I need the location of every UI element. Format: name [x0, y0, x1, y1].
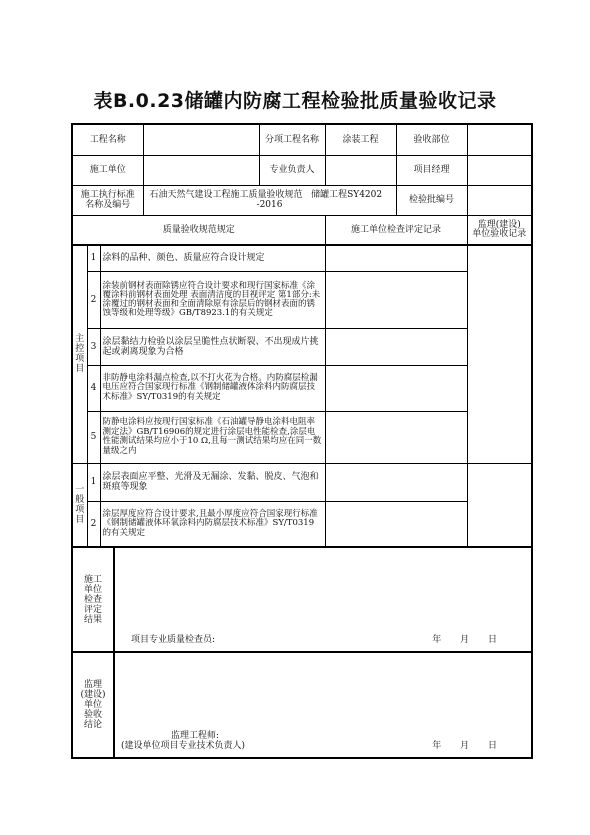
general-item-row: 2 涂层厚度应符合设计要求,且最小厚度应符合国家现行标准《钢制储罐液体环氧涂料内… [72, 501, 532, 547]
project-name-field[interactable] [143, 124, 259, 155]
item-requirement: 涂装前钢材表面除锈应符合设计要求和现行国家标准《涂覆涂料前钢材表面处理 表面清洁… [100, 271, 325, 328]
item-number: 2 [87, 501, 100, 547]
main-item-row: 3 涂层黏结力检验以涂层呈脆性点状断裂、不出现成片挑起或剥离现象为合格 [72, 328, 532, 365]
item-number: 1 [87, 245, 100, 271]
subitem-name-label: 分项工程名称 [259, 124, 325, 155]
contractor-record-column-header: 施工单位检查评定记录 [325, 215, 467, 245]
standard-label: 施工执行标准 名称及编号 [72, 185, 143, 215]
quality-inspector-label: 项目专业质量检查员: [131, 635, 215, 645]
supervising-engineer-label: 监理工程师: (建设单位项目专业技术负责人) [121, 731, 245, 751]
supervisor-conclusion-field[interactable]: 监理工程师: (建设单位项目专业技术负责人) 年 月 日 [114, 652, 532, 758]
main-item-row: 5 防静电涂料应按现行国家标准《石油罐导静电涂料电阻率测定法》GB/T16906… [72, 411, 532, 463]
subitem-name-field[interactable]: 涂装工程 [325, 124, 396, 155]
contractor-label: 施工单位 [72, 155, 143, 185]
item-requirement: 涂层厚度应符合设计要求,且最小厚度应符合国家现行标准《钢制储罐液体环氧涂料内防腐… [100, 501, 325, 547]
supervisor-record-column-header: 监理(建设) 单位验收记录 [467, 215, 532, 245]
standard-value-line2: -2016 [146, 200, 394, 210]
standard-field[interactable]: 石油天然气建设工程施工质量验收规范 储罐工程SY4202 -2016 [143, 185, 396, 215]
specialist-field[interactable] [325, 155, 396, 185]
batch-no-field[interactable] [467, 185, 532, 215]
item-requirement: 涂料的品种、颜色、质量应符合设计规定 [100, 245, 325, 271]
main-item-row: 主控项目 1 涂料的品种、颜色、质量应符合设计规定 [72, 245, 532, 271]
supervisor-record-header-line2: 单位验收记录 [470, 230, 530, 239]
supervisor-record-main-cell[interactable] [467, 245, 532, 463]
contractor-conclusion-label: 施工单位检查评定结果 [72, 547, 114, 652]
general-item-row: 一般项目 1 涂层表面应平整、光滑及无漏涂、发黏、脱皮、气泡和斑痕等现象 [72, 463, 532, 501]
general-results-grid [325, 501, 467, 547]
item-number: 4 [87, 365, 100, 411]
item-requirement: 涂层黏结力检验以涂层呈脆性点状断裂、不出现成片挑起或剥离现象为合格 [100, 328, 325, 365]
project-manager-label: 项目经理 [396, 155, 467, 185]
standard-label-line2: 名称及编号 [75, 200, 141, 210]
item-number: 3 [87, 328, 100, 365]
page-title: 表B.0.23储罐内防腐工程检验批质量验收记录 [0, 86, 590, 113]
contractor-conclusion-field[interactable]: 项目专业质量检查员: 年 月 日 [114, 547, 532, 652]
general-items-section-label: 一般项目 [72, 463, 87, 547]
inspection-record-table: 工程名称 分项工程名称 涂装工程 验收部位 施工单位 专业负责人 项目经理 施工… [71, 123, 533, 759]
item-requirement: 防静电涂料应按现行国家标准《石油罐导静电涂料电阻率测定法》GB/T16906的规… [100, 411, 325, 463]
main-item-row: 2 涂装前钢材表面除锈应符合设计要求和现行国家标准《涂覆涂料前钢材表面处理 表面… [72, 271, 532, 328]
contractor-record-cell[interactable] [325, 245, 467, 271]
contractor-record-cell[interactable] [325, 271, 467, 328]
acceptance-part-label: 验收部位 [396, 124, 467, 155]
project-name-label: 工程名称 [72, 124, 143, 155]
standard-value-line1: 石油天然气建设工程施工质量验收规范 储罐工程SY4202 [146, 190, 394, 200]
supervisor-date-label: 年 月 日 [432, 741, 505, 751]
supervisor-conclusion-label: 监理(建设)单位验收结论 [72, 652, 114, 758]
contractor-field[interactable] [143, 155, 259, 185]
standard-label-line1: 施工执行标准 [75, 190, 141, 200]
project-manager-field[interactable] [467, 155, 532, 185]
contractor-date-label: 年 月 日 [432, 635, 505, 645]
main-item-row: 4 非防静电涂料漏点检查,以不打火花为合格。内防腐层检漏电压应符合国家现行标准《… [72, 365, 532, 411]
main-items-section-label: 主控项目 [72, 245, 87, 463]
general-results-grid [325, 463, 467, 501]
contractor-record-cell[interactable] [325, 365, 467, 411]
contractor-record-cell[interactable] [325, 328, 467, 365]
spec-column-header: 质量验收规范规定 [72, 215, 325, 245]
acceptance-part-field[interactable] [467, 124, 532, 155]
test-results-grid [325, 411, 467, 463]
item-number: 2 [87, 271, 100, 328]
item-number: 5 [87, 411, 100, 463]
specialist-label: 专业负责人 [259, 155, 325, 185]
item-number: 1 [87, 463, 100, 501]
item-requirement: 涂层表面应平整、光滑及无漏涂、发黏、脱皮、气泡和斑痕等现象 [100, 463, 325, 501]
batch-no-label: 检验批编号 [396, 185, 467, 215]
item-requirement: 非防静电涂料漏点检查,以不打火花为合格。内防腐层检漏电压应符合国家现行标准《钢制… [100, 365, 325, 411]
supervisor-record-general-cell[interactable] [467, 463, 532, 547]
